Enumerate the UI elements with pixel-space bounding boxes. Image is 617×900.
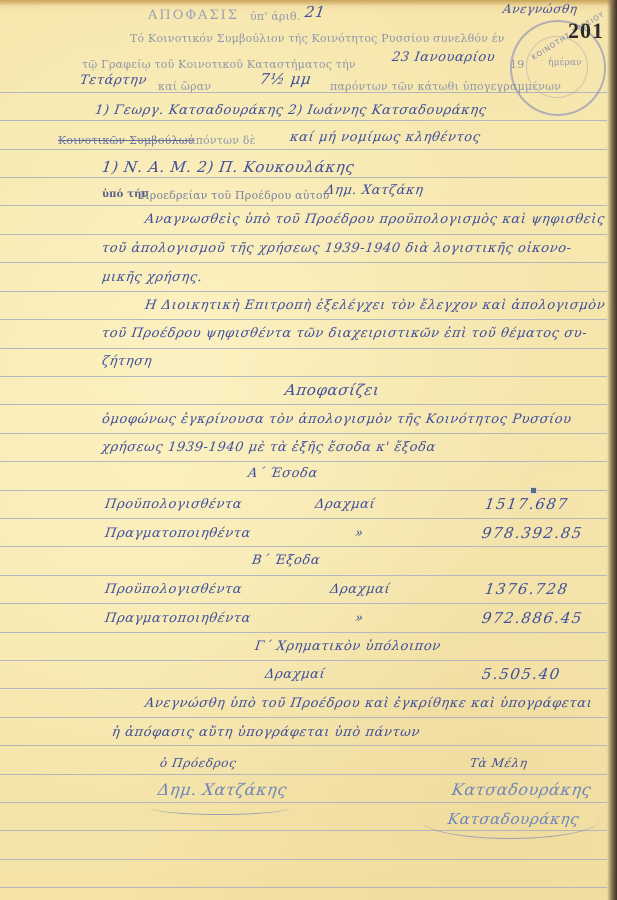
signature-left-flourish: [150, 800, 290, 815]
margin-note: Ανεγνώσθη: [502, 2, 579, 16]
resolution-heading: Αποφασίζει: [284, 381, 381, 399]
signature-right-flourish: [420, 800, 600, 839]
section-a-row-1-amount: 1517.687: [484, 495, 570, 513]
page-number: 201: [568, 18, 604, 44]
ruled-line: [0, 546, 607, 547]
section-c-row-1-unit: Δραχμαί: [264, 667, 326, 682]
resolution-line-2: χρήσεως 1939-1940 μὲ τὰ ἑξῆς ἔσοδα κ' ἔξ…: [101, 440, 437, 455]
ruled-line: [0, 717, 607, 718]
ruled-line: [0, 376, 607, 377]
body-line-4: Η Διοικητικὴ Επιτροπὴ ἐξελέγχει τὸν ἔλεγ…: [144, 298, 606, 313]
ruled-line: [0, 348, 607, 349]
body-line-2: τοῦ ἀπολογισμοῦ τῆς χρήσεως 1939-1940 δι…: [101, 241, 573, 256]
resolution-line-1: ὁμοφώνως ἐγκρίνουσα τὸν ἀπολογισμὸν τῆς …: [101, 412, 573, 427]
document-page: ΑΠΟΦΑΣΙΣ ύπ' άριθ. 21 Ανεγνώσθη Τό Κοινο…: [0, 0, 617, 900]
printed-number-label: ύπ' άριθ.: [250, 10, 301, 23]
ruled-line: [0, 688, 607, 689]
ruled-line: [0, 177, 607, 178]
ruled-line: [0, 859, 607, 860]
section-b-row-2-amount: 972.886.45: [481, 609, 584, 627]
ruled-line: [0, 518, 607, 519]
ruled-line: [0, 205, 607, 206]
body-line-3: μικῆς χρήσης.: [101, 270, 204, 285]
section-c-row-1-amount: 5.505.40: [481, 665, 562, 683]
ruled-line: [0, 745, 607, 746]
decision-number: 21: [304, 3, 327, 21]
signature-left-title: ὁ Πρόεδρος: [159, 756, 237, 770]
section-b-row-1-unit: Δραχμαί: [329, 582, 391, 597]
printed-time-label: καί ὥραν: [158, 80, 211, 93]
section-a-heading: Α΄ Έσοδα: [247, 466, 319, 481]
printed-line-2: τῷ Γραφείῳ τοῦ Κοινοτικοῦ Καταστήματος τ…: [82, 58, 356, 71]
signature-right-title: Τὰ Μέλη: [469, 756, 529, 770]
meeting-date: 23 Ιανουαρίου: [391, 50, 496, 65]
ruled-line: [0, 433, 607, 434]
section-b-row-1-label: Προϋπολογισθέντα: [104, 582, 243, 597]
ruled-line: [0, 632, 607, 633]
ruled-line: [0, 291, 607, 292]
absent-reason: καί μή νομίμως κληθέντος: [289, 130, 482, 145]
printed-absent-label: ἀπόντων δὲ: [188, 134, 256, 147]
ruled-line: [0, 120, 607, 121]
signature-right-name: Κατσαδουράκης: [451, 780, 593, 799]
ruled-line: [0, 149, 607, 150]
ruled-line: [0, 404, 607, 405]
section-b-row-2-unit: »: [354, 611, 365, 626]
printed-presidency-b: Προεδρείαν τοῦ Προέδρου αὐτοῦ: [140, 189, 330, 202]
ruled-line: [0, 319, 607, 320]
body-line-5: τοῦ Προέδρου ψηφισθέντα τῶν διαχειριστικ…: [101, 326, 588, 341]
section-b-row-2-label: Πραγματοποιηθέντα: [104, 611, 252, 626]
signature-left-name: Δημ. Χατζάκης: [157, 780, 289, 799]
ruled-line: [0, 774, 607, 775]
section-b-heading: Β΄ Έξοδα: [251, 553, 321, 568]
ruled-line: [0, 660, 607, 661]
section-a-row-2-amount: 978.392.85: [481, 524, 584, 542]
closing-line-1: Ανεγνώσθη ὑπὸ τοῦ Προέδρου καὶ ἐγκρίθηκε…: [144, 696, 593, 711]
ruled-line: [0, 603, 607, 604]
section-a-row-1-unit: Δραχμαί: [314, 497, 376, 512]
president-name: Δημ. Χατζάκη: [324, 183, 425, 198]
ruled-line: [0, 887, 607, 888]
absent-members: 1) Ν. Α. Μ. 2) Π. Κουκουλάκης: [101, 158, 356, 176]
body-line-1: Αναγνωσθεὶς ὑπὸ τοῦ Προέδρου προϋπολογισ…: [144, 212, 606, 227]
body-line-6: ζήτηση: [101, 354, 153, 369]
ruled-line: [0, 461, 607, 462]
closing-line-2: ἡ ἀπόφασις αὕτη ὑπογράφεται ὑπὸ πάντων: [111, 725, 421, 740]
section-b-row-1-amount: 1376.728: [484, 580, 570, 598]
printed-line-1: Τό Κοινοτικόν Συμβούλιον τής Κοινότητος …: [130, 32, 505, 45]
meeting-time: 7½ μμ: [259, 70, 313, 88]
section-c-heading: Γ΄ Χρηματικὸν ὑπόλοιπον: [254, 639, 442, 654]
meeting-weekday: Τετάρτην: [79, 73, 148, 88]
ruled-line: [0, 490, 607, 491]
printed-struck-text: Κοινοτικῶν Συμβούλων: [58, 134, 195, 147]
ruled-line: [0, 234, 607, 235]
section-a-row-2-unit: »: [354, 526, 365, 541]
page-spine-edge: [607, 0, 617, 900]
present-members: 1) Γεωργ. Κατσαδουράκης 2) Ιωάννης Κατσα…: [94, 103, 488, 118]
scan-marker: [530, 487, 537, 494]
section-a-row-2-label: Πραγματοποιηθέντα: [104, 526, 252, 541]
ruled-line: [0, 575, 607, 576]
section-a-row-1-label: Προϋπολογισθέντα: [104, 497, 243, 512]
printed-title: ΑΠΟΦΑΣΙΣ: [148, 8, 239, 23]
ruled-line: [0, 262, 607, 263]
